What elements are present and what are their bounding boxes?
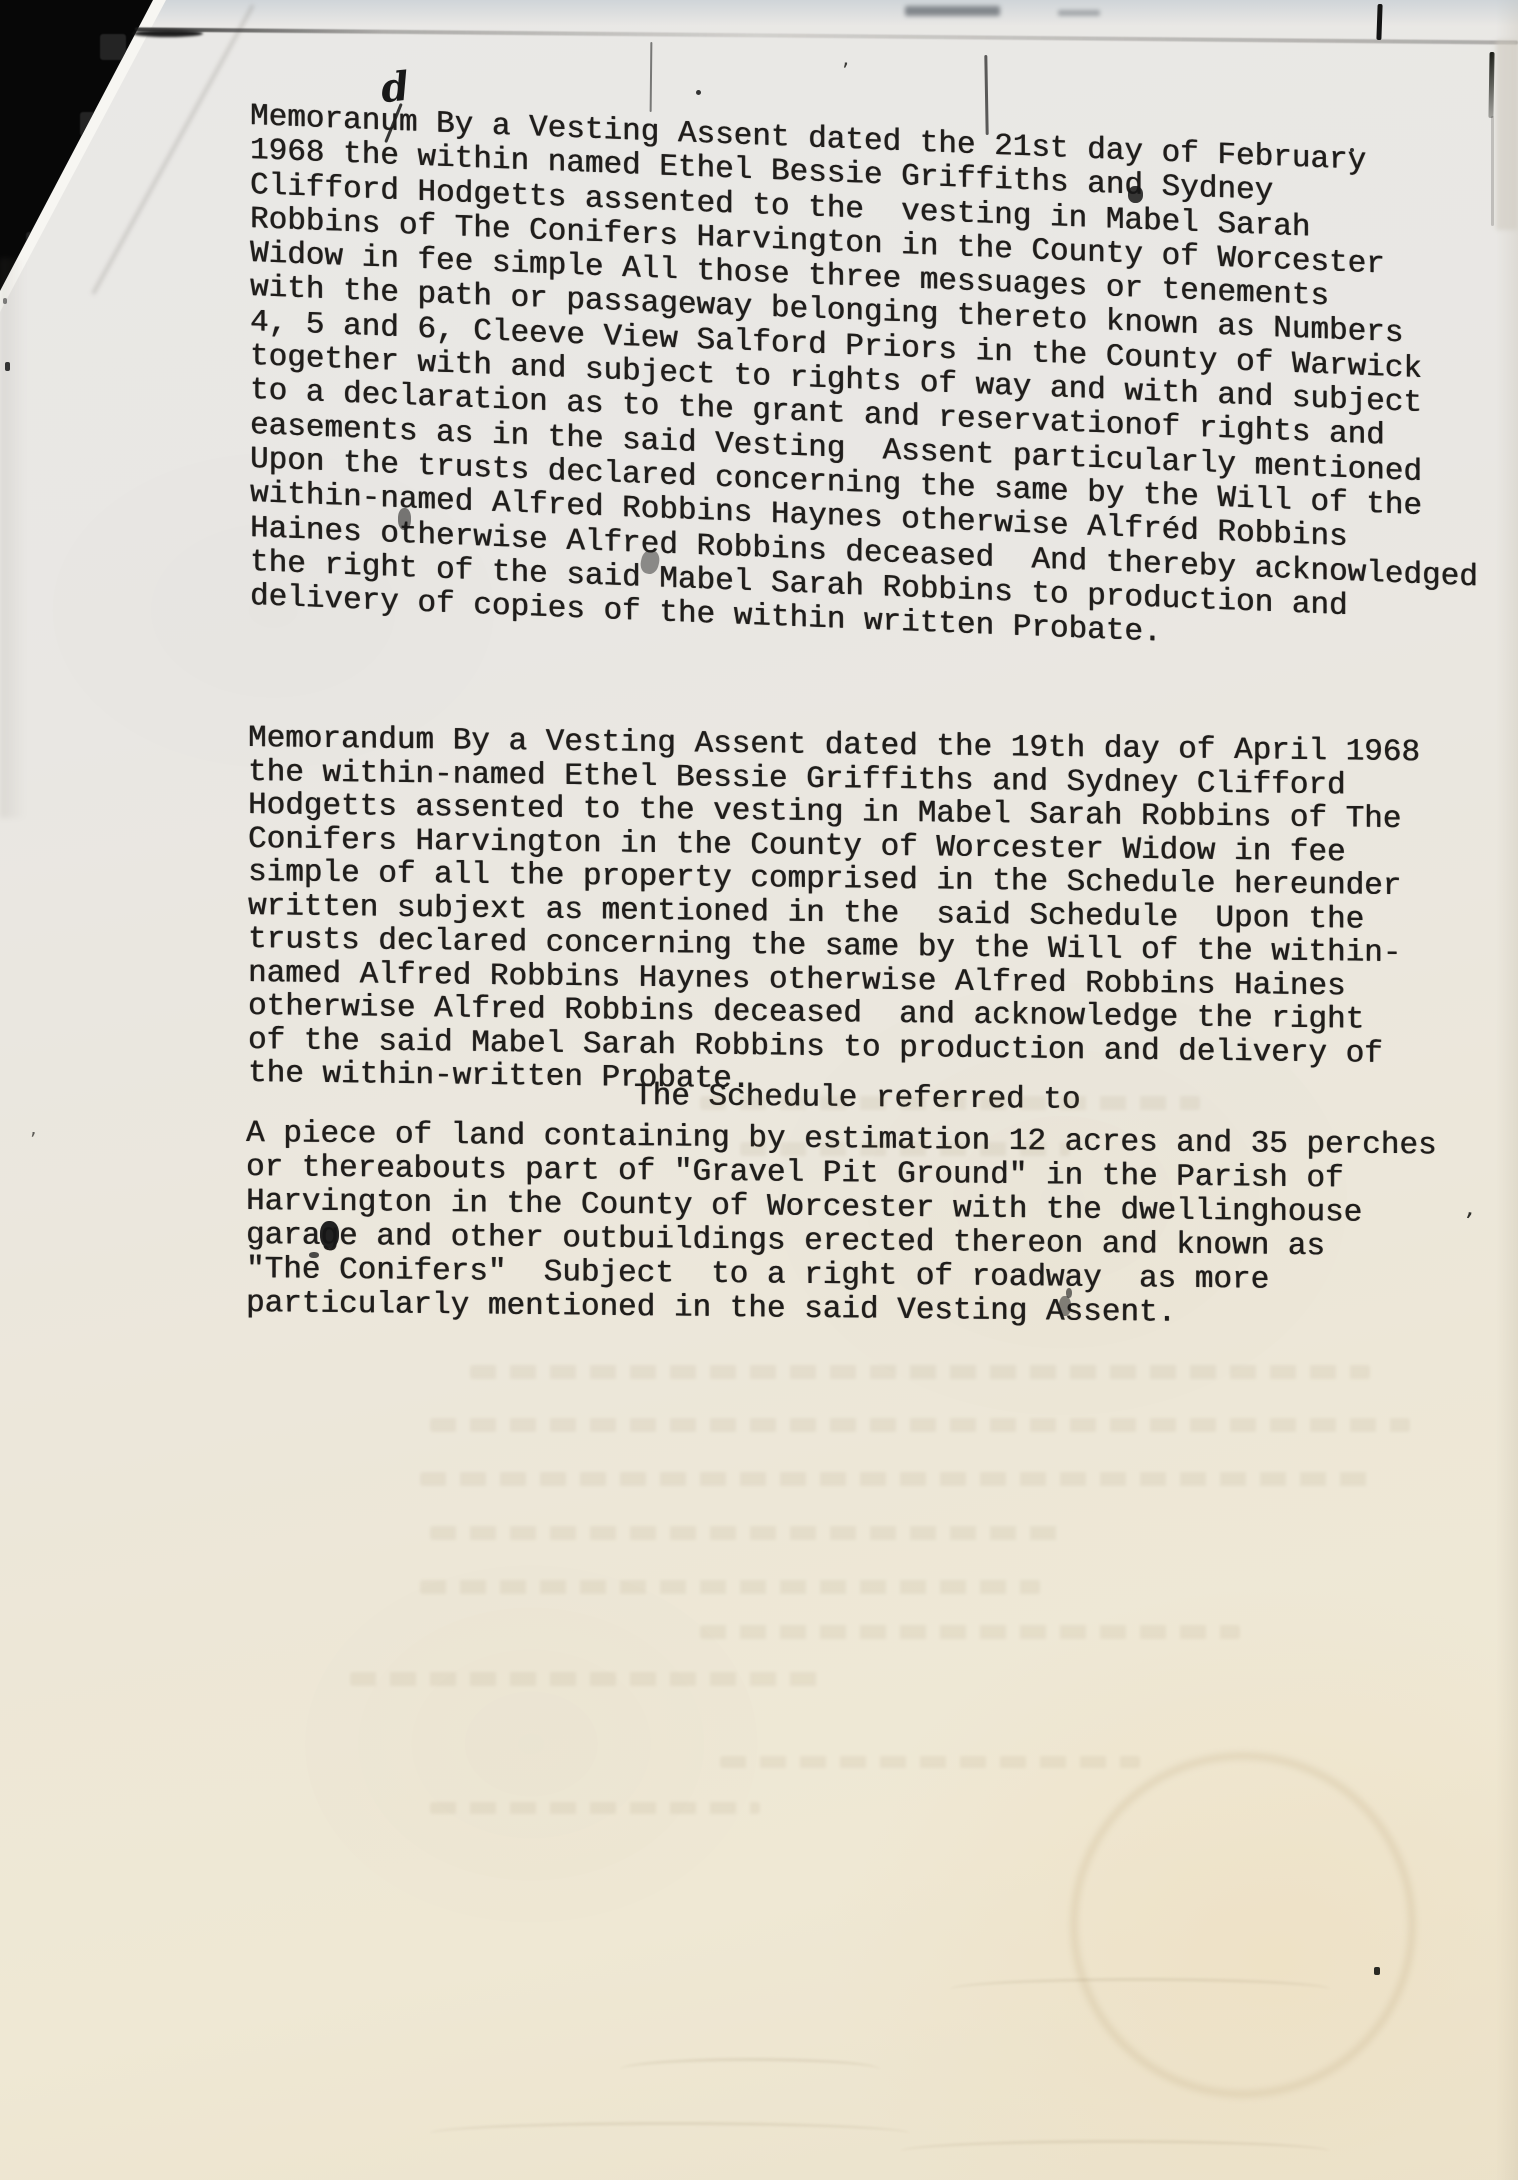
bleed-through-line (430, 1418, 1410, 1432)
ghost-stamp-circle (1070, 1752, 1416, 2098)
ghost-handwriting (620, 2058, 880, 2081)
crease-dark-start (133, 30, 203, 37)
dust-speck (696, 90, 701, 95)
edge-speck (5, 362, 10, 371)
stray-mark: ’ (30, 1128, 36, 1152)
ink-blot-overstrike (309, 1252, 319, 1258)
memorandum2-paragraph: Memorandum By a Vesting Assent dated the… (248, 722, 1420, 1105)
ink-blot-overstrike (1128, 186, 1143, 203)
dust-speck (1350, 148, 1354, 152)
bleed-through-line (420, 1472, 1370, 1486)
bleed-through-line (470, 1365, 1370, 1379)
ink-blot-overstrike (398, 508, 411, 530)
bleed-through-line (700, 1625, 1240, 1639)
memorandum1-paragraph: Memoranum By a Vesting Assent dated the … (250, 100, 1478, 664)
bleed-through-line (720, 1756, 1140, 1768)
bleed-through-line (430, 1526, 1070, 1540)
stray-mark: ’ (842, 60, 849, 85)
left-edge-shadow (0, 258, 26, 818)
ink-blot-overstrike (1059, 1296, 1071, 1316)
scanned-document-screenshot: { "page": { "kind": "Scanned typewritten… (0, 0, 1518, 2180)
ink-blot-overstrike (1066, 1288, 1072, 1298)
bleed-through-line (700, 1096, 1200, 1110)
ink-blot-garage (320, 1221, 339, 1248)
bleed-through-line (350, 1672, 830, 1686)
ghost-handwriting (430, 2122, 910, 2145)
bleed-through-line (740, 1142, 1070, 1156)
film-mark (100, 34, 126, 60)
right-edge-crease-faint (1491, 116, 1494, 226)
right-edge-light-band (1496, 40, 1518, 230)
ghost-handwriting (950, 1978, 1330, 2001)
ghost-handwriting (900, 2140, 1330, 2163)
edge-speck (3, 298, 7, 304)
bleed-through-line (420, 1580, 1040, 1594)
top-edge-smudge (905, 6, 1000, 16)
top-edge-smudge (1058, 10, 1100, 16)
bleed-through-line (430, 1802, 760, 1814)
